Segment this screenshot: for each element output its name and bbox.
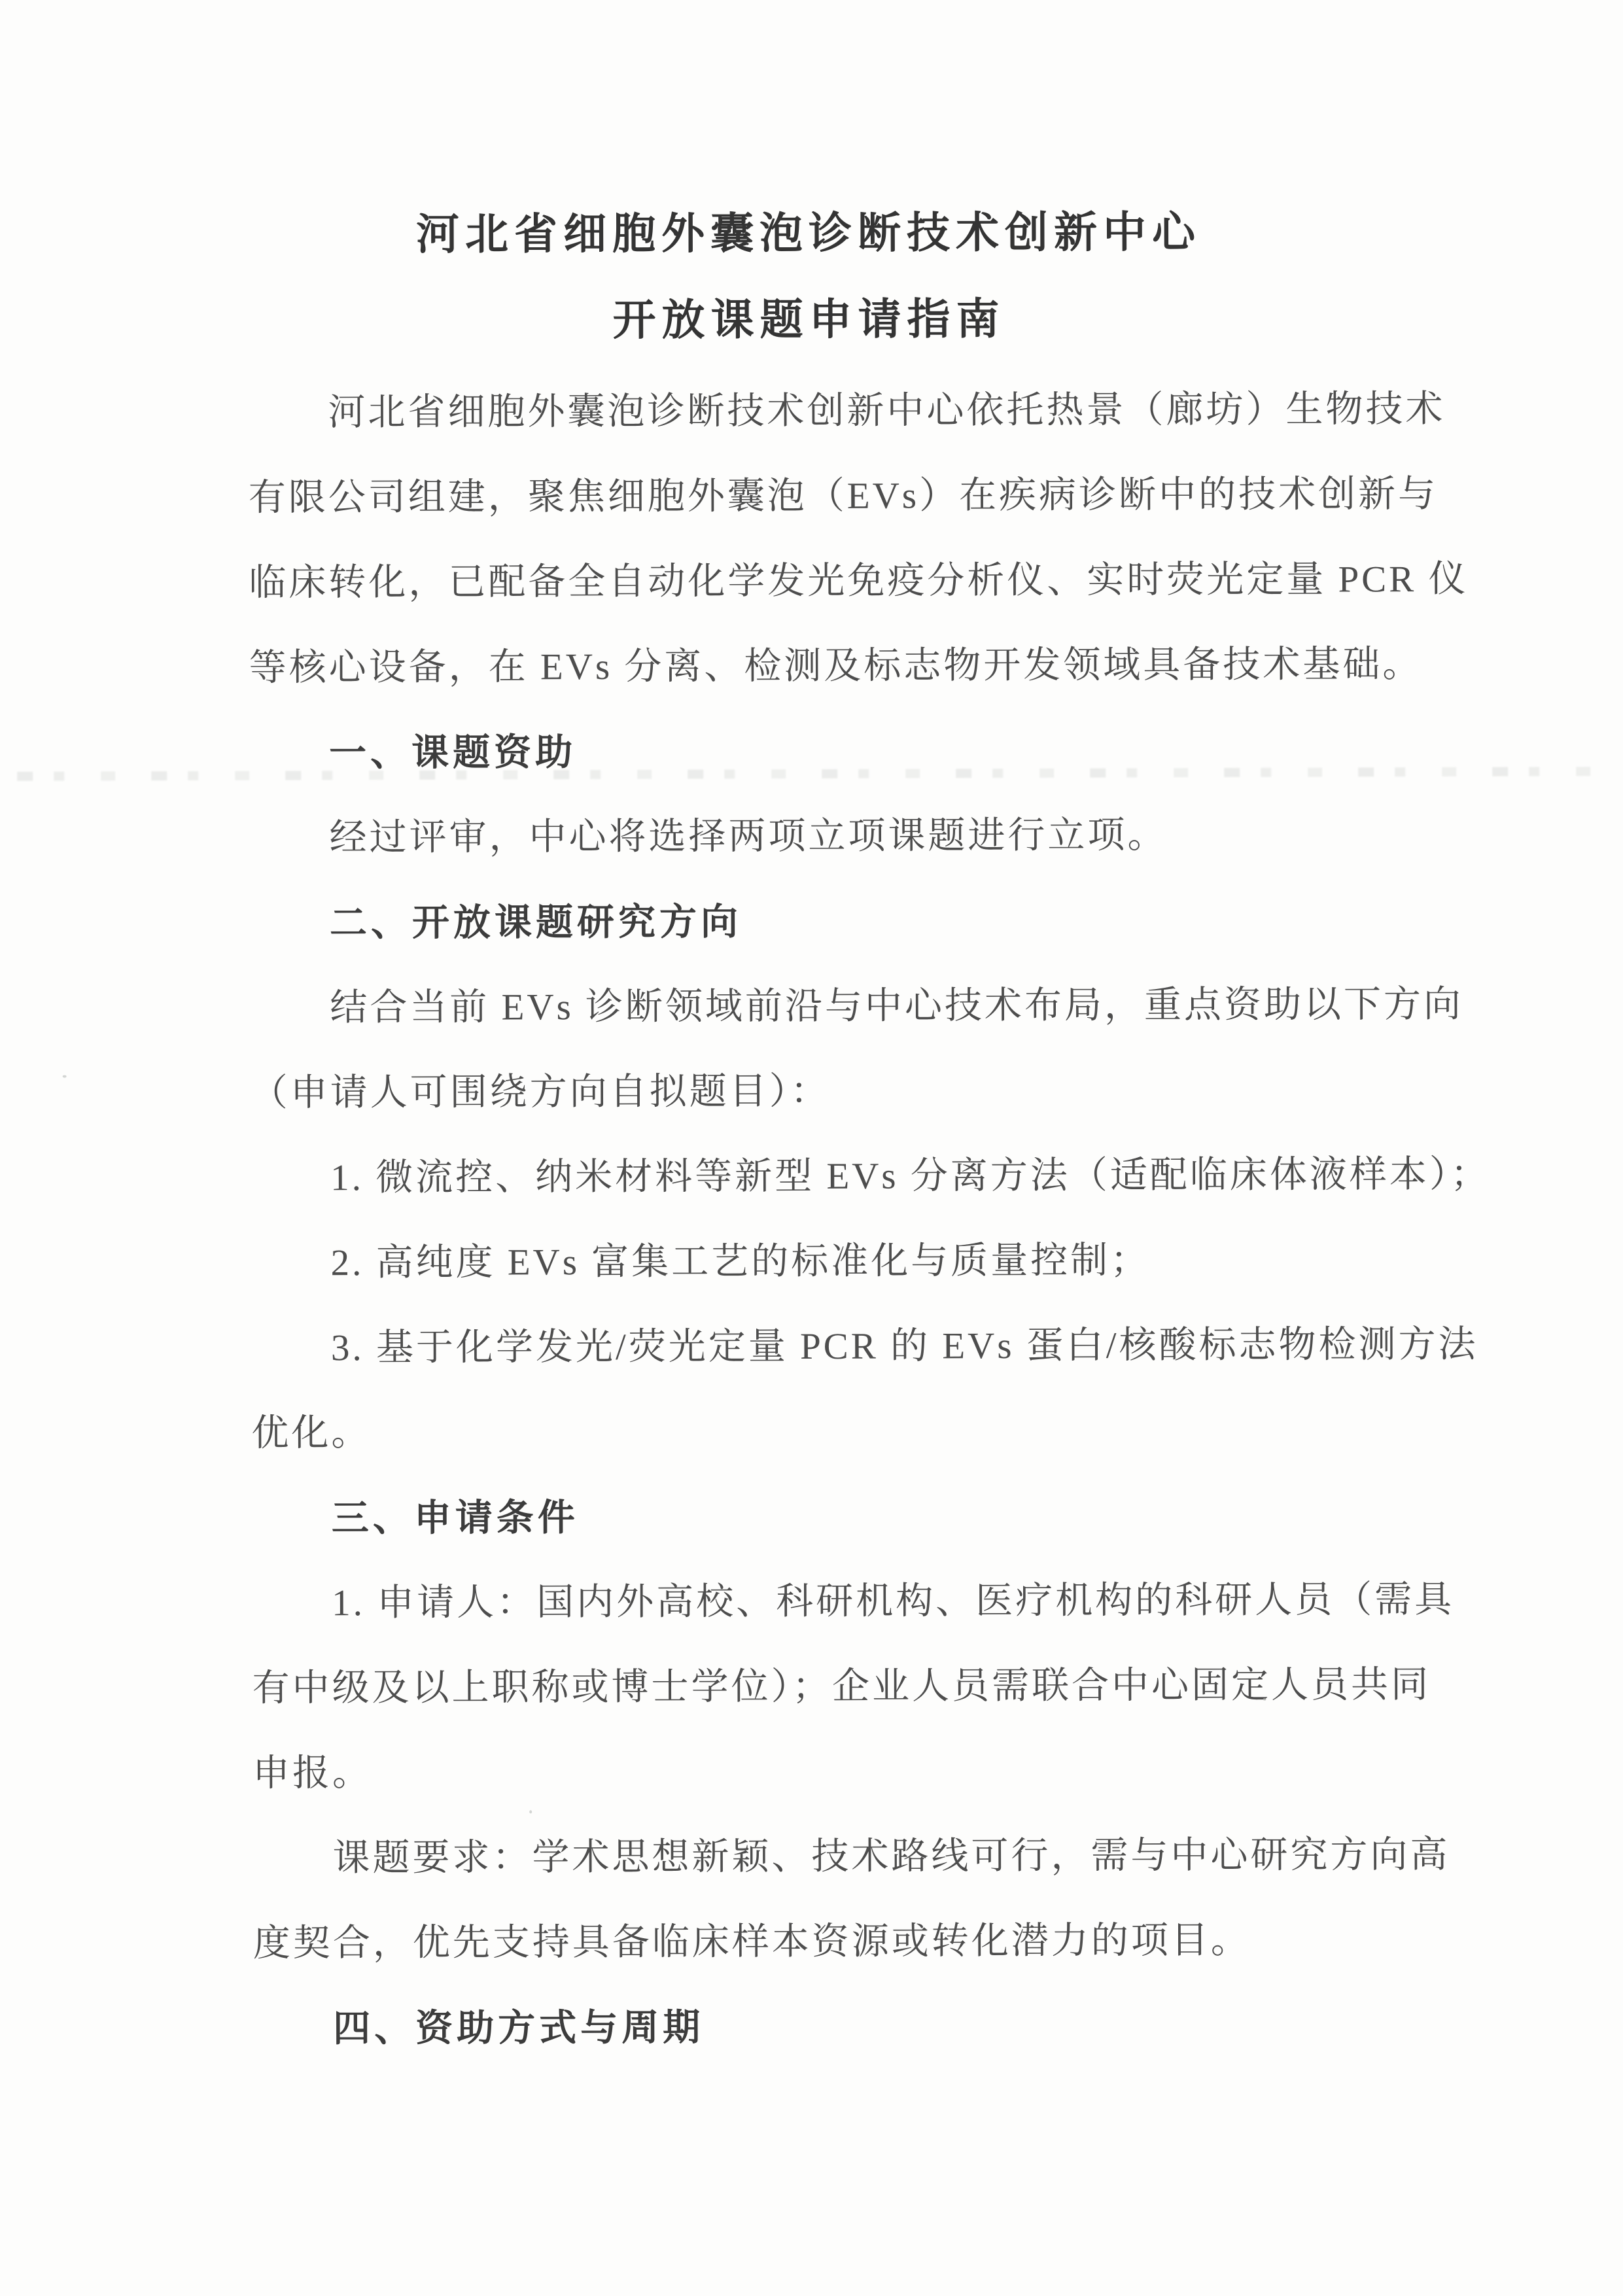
scanned-document-page: 河北省细胞外囊泡诊断技术创新中心 开放课题申请指南 河北省细胞外囊泡诊断技术创新… <box>0 0 1623 2296</box>
text-line: 等核心设备，在 EVs 分离、检测及标志物开发领域具备技术基础。 <box>249 622 1400 711</box>
document-title-line-2: 开放课题申请指南 <box>0 273 1620 365</box>
scan-noise <box>0 0 1619 3</box>
document-title: 河北省细胞外囊泡诊断技术创新中心 开放课题申请指南 <box>0 187 1620 365</box>
text-line: 课题要求：学术思想新颖、技术路线可行，需与中心研究方向高 <box>253 1813 1404 1902</box>
text-line: 1. 申请人：国内外高校、科研机构、医疗机构的科研人员（需具 <box>252 1557 1403 1646</box>
text-line: 结合当前 EVs 诊断领域前沿与中心技术布局，重点资助以下方向 <box>250 962 1401 1051</box>
text-line: 3. 基于化学发光/荧光定量 PCR 的 EVs 蛋白/核酸标志物检测方法 <box>251 1302 1403 1391</box>
scan-speck <box>63 1075 67 1078</box>
section-heading: 四、资助方式与周期 <box>253 1983 1405 2072</box>
scan-speck <box>787 1000 790 1002</box>
section-heading: 一、课题资助 <box>249 707 1401 796</box>
scan-speck <box>529 1810 532 1813</box>
text-line: 1. 微流控、纳米材料等新型 EVs 分离方法（适配临床体液样本）； <box>251 1132 1402 1221</box>
text-line: 河北省细胞外囊泡诊断技术创新中心依托热景（廊坊）生物技术 <box>248 367 1399 456</box>
text-line: 有限公司组建，聚焦细胞外囊泡（EVs）在疾病诊断中的技术创新与 <box>249 452 1400 541</box>
text-line: 度契合，优先支持具备临床样本资源或转化潜力的项目。 <box>253 1898 1405 1987</box>
text-line: 有中级及以上职称或博士学位）；企业人员需联合中心固定人员共同 <box>252 1643 1403 1731</box>
text-line: 申报。 <box>253 1728 1404 1817</box>
scan-speck <box>957 1679 960 1682</box>
text-line: 临床转化，已配备全自动化学发光免疫分析仪、实时荧光定量 PCR 仪 <box>249 537 1400 626</box>
document-sheet: 河北省细胞外囊泡诊断技术创新中心 开放课题申请指南 河北省细胞外囊泡诊断技术创新… <box>0 0 1623 2296</box>
text-line: 经过评审，中心将选择两项立项课题进行立项。 <box>249 792 1401 881</box>
section-heading: 三、申请条件 <box>252 1472 1403 1561</box>
text-line: 2. 高纯度 EVs 富集工艺的标准化与质量控制； <box>251 1217 1402 1306</box>
text-line: （申请人可围绕方向自拟题目）： <box>251 1047 1402 1136</box>
scan-speck <box>1263 1698 1266 1701</box>
document-title-line-1: 河北省细胞外囊泡诊断技术创新中心 <box>0 187 1620 279</box>
document-body: 河北省细胞外囊泡诊断技术创新中心依托热景（廊坊）生物技术有限公司组建，聚焦细胞外… <box>248 367 1405 2072</box>
text-line: 优化。 <box>251 1387 1403 1476</box>
section-heading: 二、开放课题研究方向 <box>250 877 1401 966</box>
